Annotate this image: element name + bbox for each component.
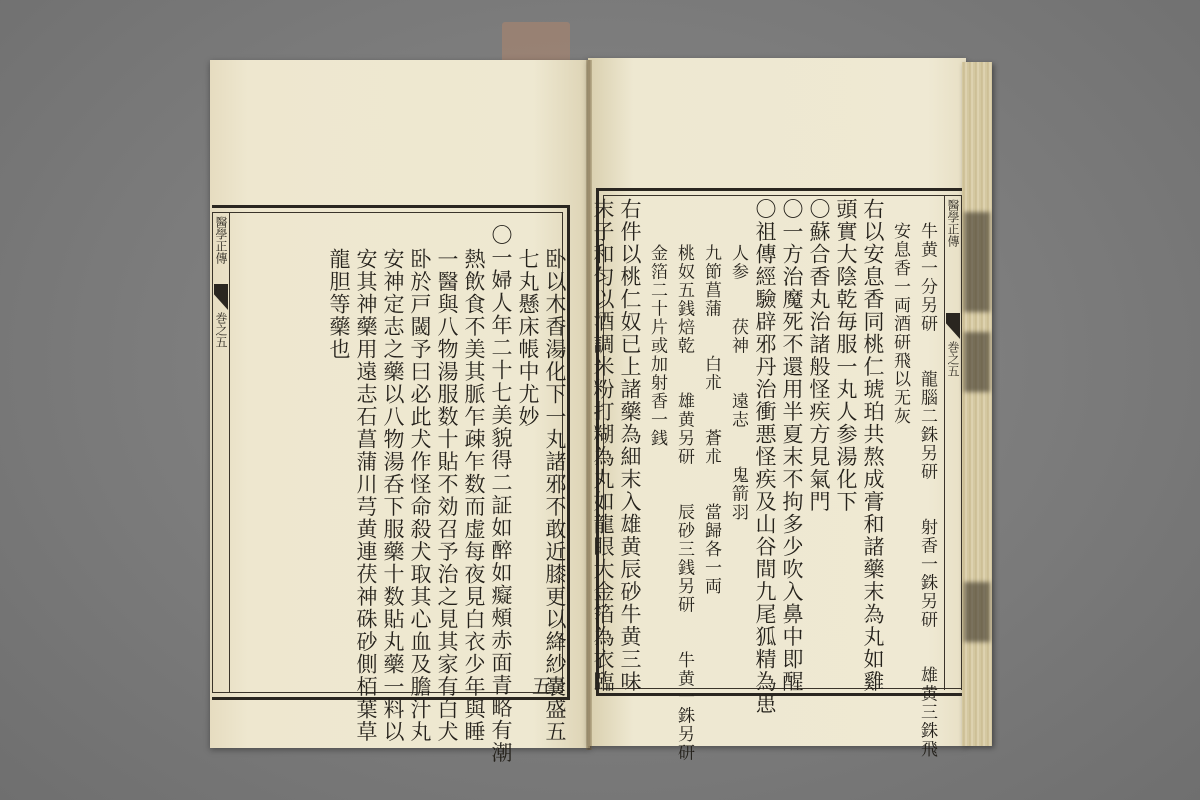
text-column: 〇蘇合香丸治諸般怪疾方見氣門 bbox=[805, 198, 832, 688]
page-stack-edge bbox=[962, 62, 992, 746]
text-column: 九節菖蒲 白朮 蒼朮 當歸各一両 bbox=[697, 198, 724, 688]
text-column: 頭實大陰乾毎服一丸人参湯化下 bbox=[832, 198, 859, 688]
text-column: 右以安息香同桃仁琥珀共熬成膏和諸藥末為丸如雞 bbox=[859, 198, 886, 688]
text-column: 一醫與八物湯服数十貼不効召予治之見其家有白犬 bbox=[433, 248, 460, 688]
text-column: 末子和匀以酒調米粉打糊為丸如龍眼大金箔為衣臨 bbox=[589, 198, 616, 688]
text-column: 安其神藥用遠志石菖蒲川芎黄連茯神硃砂側栢葉草 bbox=[352, 248, 379, 688]
text-column: 〇一婦人年二十七美貌得二証如醉如癡頰赤面青略有潮 bbox=[487, 224, 514, 688]
right-margin-book-title: 醫學正傳 bbox=[946, 199, 960, 247]
fish-tail-mark bbox=[946, 313, 960, 339]
text-column: 〇祖傳經驗辟邪丹治衝悪怪疾及山谷間九尾狐精為患 bbox=[751, 198, 778, 688]
text-column: 安神定志之藥以八物湯呑下服藥十数貼丸藥一料以 bbox=[379, 248, 406, 688]
text-column: 龍胆等藥也 bbox=[325, 248, 352, 688]
text-column: 桃奴五銭焙乾 雄黄另研 辰砂三銭另研 牛黄一銖另研 bbox=[670, 198, 697, 688]
left-fold-margin: 醫學正傳 巻之五 bbox=[212, 212, 230, 692]
text-column: 熱飲食不美其脈乍疎乍数而虚每夜見白衣少年與睡 bbox=[460, 248, 487, 688]
text-column: 安息香一両酒研飛以无灰 bbox=[886, 198, 913, 688]
text-column: 金箔二十片或加射香一銭 bbox=[643, 198, 670, 688]
right-fold-margin: 醫學正傳 巻之五 bbox=[944, 195, 962, 690]
text-column: 右件以桃仁奴已上諸藥為細末入雄黄辰砂牛黄三味 bbox=[616, 198, 643, 688]
right-margin-volume: 巻之五 bbox=[946, 341, 960, 377]
right-page-text-columns: 牛黄一分另研 龍腦二銖另研 射香一銖另研 雄黄三銖飛 安息香一両酒研飛以无灰 右… bbox=[600, 198, 940, 688]
left-page-text-columns: 卧以木香湯化下一丸諸邪不敢近膝更以絳紗嚢盛五 七丸懸床帳中尤妙 〇一婦人年二十七… bbox=[320, 248, 568, 688]
left-margin-volume: 巻之五 bbox=[214, 312, 228, 348]
text-column: 牛黄一分另研 龍腦二銖另研 射香一銖另研 雄黄三銖飛 bbox=[913, 198, 940, 688]
text-column: 卧以木香湯化下一丸諸邪不敢近膝更以絳紗嚢盛五 bbox=[541, 248, 568, 688]
page-number: 五 bbox=[532, 670, 552, 699]
fish-tail-mark bbox=[214, 284, 228, 310]
text-column: 卧於戸閾予曰必此犬作怪命殺犬取其心血及膽汁丸 bbox=[406, 248, 433, 688]
text-column: 七丸懸床帳中尤妙 bbox=[514, 248, 541, 688]
text-column: 人参 茯神 遠志 鬼箭羽 bbox=[724, 198, 751, 688]
text-column: 〇一方治魔死不還用半夏末不拘多少吹入鼻中即醒 bbox=[778, 198, 805, 688]
left-margin-book-title: 醫學正傳 bbox=[214, 216, 228, 264]
